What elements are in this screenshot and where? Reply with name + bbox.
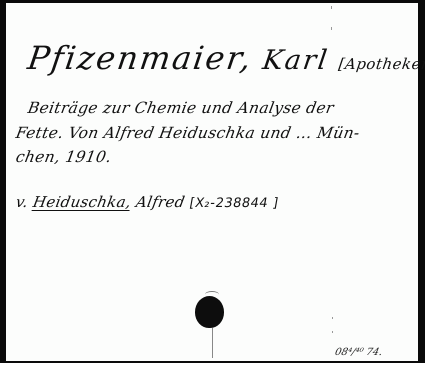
scan-speck (331, 6, 332, 9)
cross-reference: v. Heiduschka, Alfred [X₂-238844 ] (14, 193, 280, 211)
cross-reference-forename: Alfred (135, 193, 187, 211)
scan-speck (332, 331, 333, 333)
cross-reference-prefix: v. (14, 193, 29, 211)
card-heading: Pfizenmaier, Karl [Apotheker] (25, 39, 425, 77)
punch-hole-mark (212, 328, 213, 358)
title-line-2: Fette. Von Alfred Heiduschka und ... Mün… (14, 124, 361, 142)
title-line-1: Beiträge zur Chemie und Analyse der (26, 99, 335, 117)
title-line-3: chen, 1910. (14, 148, 113, 166)
call-number: [X₂-238844 ] (188, 196, 279, 211)
card-footnote: 08⁴/⁴⁰ 74. (334, 347, 384, 358)
cross-reference-name: Heiduschka, (32, 193, 133, 211)
scan-speck (332, 317, 333, 319)
author-forename: Karl (261, 45, 331, 76)
punch-hole (195, 296, 224, 328)
scan-speck (331, 27, 332, 30)
author-note: [Apotheker] (337, 55, 425, 73)
author-surname: Pfizenmaier, (25, 39, 255, 77)
